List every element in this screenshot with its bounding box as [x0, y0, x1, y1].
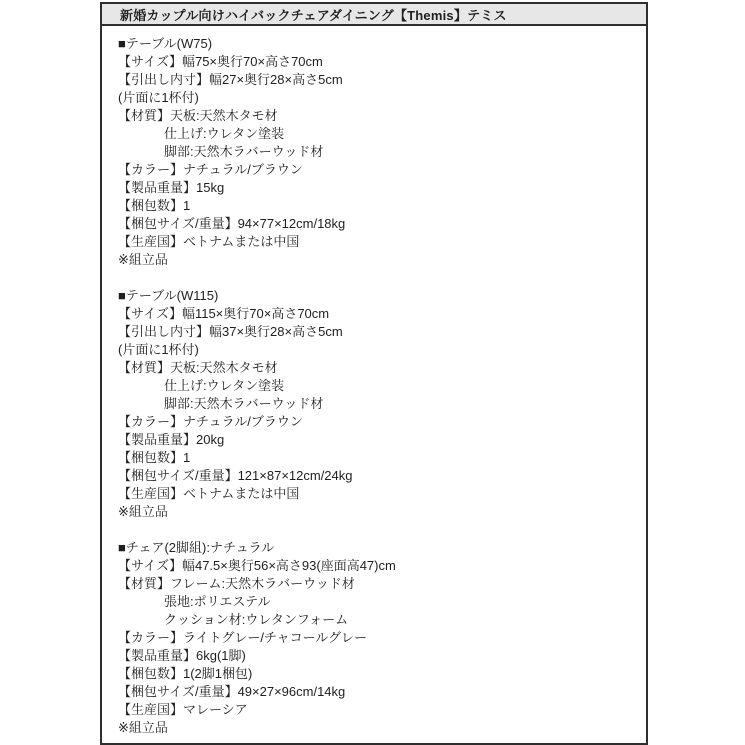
spec-line: 張地:ポリエステル	[118, 593, 636, 611]
spec-section: ■テーブル(W115)【サイズ】幅115×奥行70×高さ70cm【引出し内寸】幅…	[118, 287, 636, 521]
spec-line: 【材質】天板:天然木タモ材	[118, 359, 636, 377]
product-title: 新婚カップル向けハイバックチェアダイニング【Themis】テミス	[120, 5, 507, 24]
spec-line: 【カラー】ライトグレー/チャコールグレー	[118, 629, 636, 647]
spec-panel: 新婚カップル向けハイバックチェアダイニング【Themis】テミス ■テーブル(W…	[100, 2, 648, 745]
product-spec-page: 新婚カップル向けハイバックチェアダイニング【Themis】テミス ■テーブル(W…	[0, 0, 745, 745]
spec-line: 【サイズ】幅115×奥行70×高さ70cm	[118, 305, 636, 323]
spec-line: 仕上げ:ウレタン塗装	[118, 377, 636, 395]
spec-line: (片面に1杯付)	[118, 89, 636, 107]
spec-line: 仕上げ:ウレタン塗装	[118, 125, 636, 143]
spec-line: 【製品重量】6kg(1脚)	[118, 647, 636, 665]
spec-line: 【梱包数】1	[118, 197, 636, 215]
spec-line: 【生産国】ベトナムまたは中国	[118, 233, 636, 251]
section-heading: ■テーブル(W115)	[118, 287, 636, 305]
spec-line: 【梱包サイズ/重量】121×87×12cm/24kg	[118, 467, 636, 485]
spec-line: 【サイズ】幅75×奥行70×高さ70cm	[118, 53, 636, 71]
product-title-bar: 新婚カップル向けハイバックチェアダイニング【Themis】テミス	[102, 4, 646, 26]
spec-line: 【梱包数】1	[118, 449, 636, 467]
section-heading: ■テーブル(W75)	[118, 35, 636, 53]
spec-line: 【サイズ】幅47.5×奥行56×高さ93(座面高47)cm	[118, 557, 636, 575]
spec-line: (片面に1杯付)	[118, 341, 636, 359]
spec-line: クッション材:ウレタンフォーム	[118, 611, 636, 629]
section-heading: ■チェア(2脚組):ナチュラル	[118, 539, 636, 557]
spec-body: ■テーブル(W75)【サイズ】幅75×奥行70×高さ70cm【引出し内寸】幅27…	[102, 26, 646, 737]
spec-line: 【生産国】ベトナムまたは中国	[118, 485, 636, 503]
spec-line: 【梱包サイズ/重量】49×27×96cm/14kg	[118, 683, 636, 701]
spec-line: 【引出し内寸】幅37×奥行28×高さ5cm	[118, 323, 636, 341]
spec-section: ■テーブル(W75)【サイズ】幅75×奥行70×高さ70cm【引出し内寸】幅27…	[118, 35, 636, 269]
spec-line: ※組立品	[118, 503, 636, 521]
spec-line: 脚部:天然木ラバーウッド材	[118, 395, 636, 413]
spec-line: 【製品重量】15kg	[118, 179, 636, 197]
spec-line: 【生産国】マレーシア	[118, 701, 636, 719]
spec-line: 【梱包サイズ/重量】94×77×12cm/18kg	[118, 215, 636, 233]
spec-section: ■チェア(2脚組):ナチュラル【サイズ】幅47.5×奥行56×高さ93(座面高4…	[118, 539, 636, 737]
spec-line: ※組立品	[118, 251, 636, 269]
spec-line: 【製品重量】20kg	[118, 431, 636, 449]
spec-line: ※組立品	[118, 719, 636, 737]
spec-line: 【カラー】ナチュラル/ブラウン	[118, 161, 636, 179]
spec-line: 脚部:天然木ラバーウッド材	[118, 143, 636, 161]
spec-line: 【梱包数】1(2脚1梱包)	[118, 665, 636, 683]
spec-line: 【材質】天板:天然木タモ材	[118, 107, 636, 125]
spec-line: 【引出し内寸】幅27×奥行28×高さ5cm	[118, 71, 636, 89]
spec-line: 【材質】フレーム:天然木ラバーウッド材	[118, 575, 636, 593]
spec-line: 【カラー】ナチュラル/ブラウン	[118, 413, 636, 431]
